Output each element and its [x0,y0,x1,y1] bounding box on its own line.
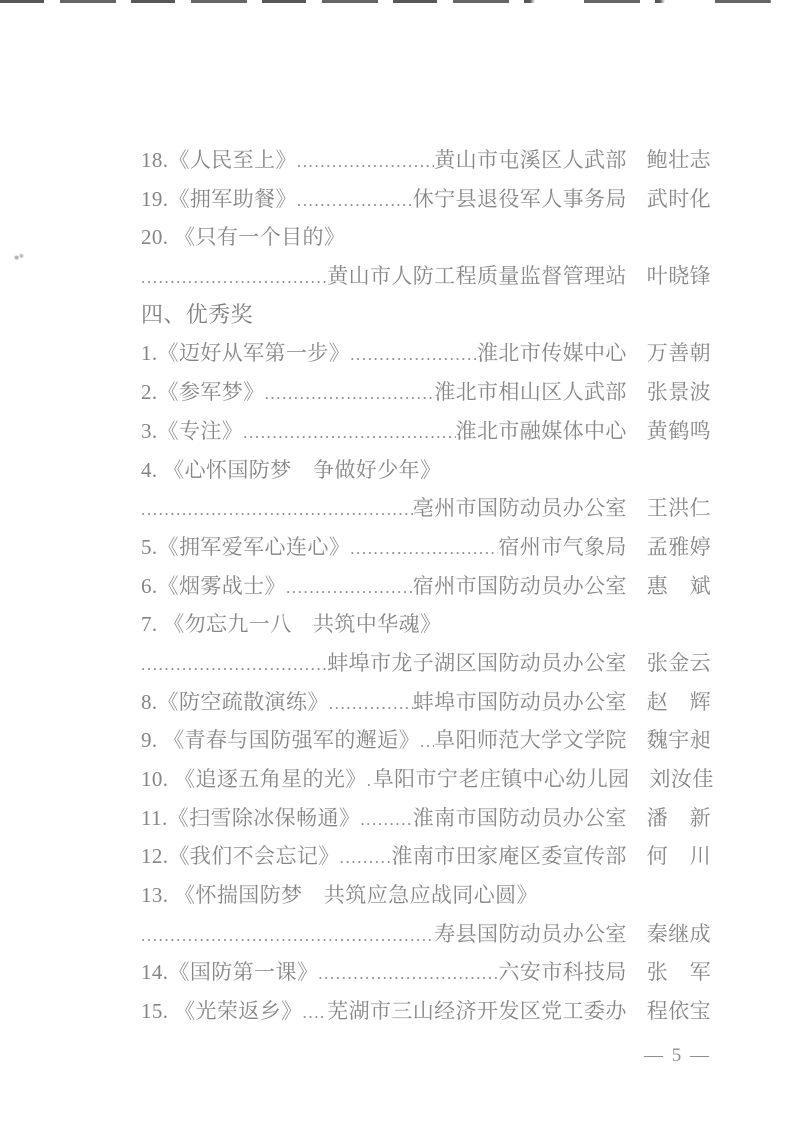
leader-dots: ........................................… [350,336,477,375]
leader-dots: ........................................… [303,994,328,1033]
award-list-row: 8.《防空疏散演练》..............................… [141,683,711,722]
item-number-title: 18.《人民至上》 [141,141,297,180]
item-number-title: 9. 《青春与国防强军的邂逅》 [141,721,420,760]
award-list-row: 6.《烟雾战士》................................… [141,567,711,606]
item-author: 万善朝 [647,334,711,373]
award-list-row: 3.《专注》..................................… [141,412,711,451]
item-organization: 蚌埠市国防动员办公室 [413,683,627,722]
leader-dots: ........................................… [243,414,455,453]
item-author: 惠 斌 [647,567,711,606]
award-list-row: 7. 《勿忘九一八 共筑中华魂》 [141,605,711,644]
award-list-row: 12.《我们不会忘记》.............................… [141,837,711,876]
award-list-row: 1.《迈好从军第一步》.............................… [141,334,711,373]
page-number: — 5 — [644,1042,711,1070]
leader-dots: ........................................… [297,182,413,221]
item-author: 刘汝佳 [650,760,714,799]
item-number-title: 2.《参军梦》 [141,373,265,412]
item-organization: 亳州市国防动员办公室 [413,489,627,528]
leader-dots: ........................................… [141,646,327,685]
item-author: 王洪仁 [647,489,711,528]
award-list-row: 19.《拥军助餐》...............................… [141,180,711,219]
item-organization: 黄山市屯溪区人武部 [434,141,627,180]
leader-dots: ........................................… [286,569,413,608]
item-author: 何 川 [647,837,711,876]
award-list-row: ........................................… [141,257,711,296]
item-number-title: 20. 《只有一个目的》 [141,218,345,257]
leader-dots: ........................................… [340,839,392,878]
section-heading-row: 四、优秀奖 [141,296,711,335]
item-organization: 淮北市相山区人武部 [434,373,627,412]
item-author: 程依宝 [647,992,711,1031]
award-list-row: 13. 《怀揣国防梦 共筑应急应战同心圆》 [141,876,711,915]
item-organization: 芜湖市三山经济开发区党工委办 [327,992,627,1031]
leader-dots: ........................................… [329,685,413,724]
item-number-title: 19.《拥军助餐》 [141,180,297,219]
award-list-row: 14.《国防第一课》..............................… [141,953,711,992]
award-list-row: ........................................… [141,915,711,954]
item-number-title: 8.《防空疏散演练》 [141,683,329,722]
award-list-row: 18.《人民至上》...............................… [141,141,711,180]
item-author: 鲍壮志 [647,141,711,180]
leader-dots: ........................................… [318,955,498,994]
item-number-title: 4. 《心怀国防梦 争做好少年》 [141,451,441,490]
item-number-title: 6.《烟雾战士》 [141,567,286,606]
item-organization: 宿州市国防动员办公室 [413,567,627,606]
leader-dots: ........................................… [141,259,327,298]
award-list-row: 5.《拥军爱军心连心》.............................… [141,528,711,567]
item-author: 孟雅婷 [647,528,711,567]
award-list-row: 11.《扫雪除冰保畅通》............................… [141,799,711,838]
leader-dots: ........................................… [350,530,498,569]
section-heading: 四、优秀奖 [141,296,253,335]
item-author: 张金云 [647,644,711,683]
item-number-title: 12.《我们不会忘记》 [141,837,340,876]
award-list-row: ........................................… [141,489,711,528]
item-number-title: 5.《拥军爱军心连心》 [141,528,350,567]
item-organization: 淮北市融媒体中心 [456,412,627,451]
item-number-title: 1.《迈好从军第一步》 [141,334,350,373]
leader-dots: ........................................… [297,143,434,182]
item-number-title: 14.《国防第一课》 [141,953,318,992]
item-author: 武时化 [647,180,711,219]
item-organization: 宿州市气象局 [498,528,626,567]
scan-speckle-artifact [13,251,25,263]
leader-dots: ........................................… [141,491,413,530]
award-list: 18.《人民至上》...............................… [141,141,711,1031]
leader-dots: ........................................… [360,801,413,840]
item-author: 张 军 [647,953,711,992]
leader-dots: ........................................… [420,723,434,762]
item-number-title: 3.《专注》 [141,412,243,451]
item-author: 魏宇昶 [647,721,711,760]
item-organization: 淮北市传媒中心 [477,334,627,373]
scanned-document-page: 18.《人民至上》...............................… [0,0,793,1122]
item-number-title: 7. 《勿忘九一八 共筑中华魂》 [141,605,441,644]
award-list-row: 9. 《青春与国防强军的邂逅》.........................… [141,721,711,760]
item-author: 秦继成 [647,915,711,954]
leader-dots: ........................................… [265,375,435,414]
award-list-row: 10. 《追逐五角星的光》...........................… [141,760,711,799]
award-list-row: ........................................… [141,644,711,683]
item-author: 赵 辉 [647,683,711,722]
item-organization: 阜阳师范大学文学院 [434,721,627,760]
item-organization: 阜阳市宁老庄镇中心幼儿园 [373,760,630,799]
item-number-title: 10. 《追逐五角星的光》 [141,760,367,799]
scan-edge-artifact [0,0,793,3]
leader-dots: ........................................… [141,917,434,956]
item-number-title: 13. 《怀揣国防梦 共筑应急应战同心圆》 [141,876,538,915]
item-organization: 寿县国防动员办公室 [434,915,627,954]
award-list-row: 15. 《光荣返乡》..............................… [141,992,711,1031]
item-organization: 蚌埠市龙子湖区国防动员办公室 [327,644,627,683]
item-organization: 黄山市人防工程质量监督管理站 [327,257,627,296]
award-list-row: 20. 《只有一个目的》 [141,218,711,257]
item-author: 潘 新 [647,799,711,838]
item-organization: 淮南市田家庵区委宣传部 [391,837,626,876]
item-author: 黄鹤鸣 [647,412,711,451]
item-number-title: 15. 《光荣返乡》 [141,992,303,1031]
award-list-row: 4. 《心怀国防梦 争做好少年》 [141,451,711,490]
item-organization: 六安市科技局 [498,953,626,992]
item-author: 叶晓锋 [647,257,711,296]
item-number-title: 11.《扫雪除冰保畅通》 [141,799,360,838]
item-author: 张景波 [647,373,711,412]
item-organization: 休宁县退役军人事务局 [413,180,627,219]
item-organization: 淮南市国防动员办公室 [413,799,627,838]
award-list-row: 2.《参军梦》.................................… [141,373,711,412]
